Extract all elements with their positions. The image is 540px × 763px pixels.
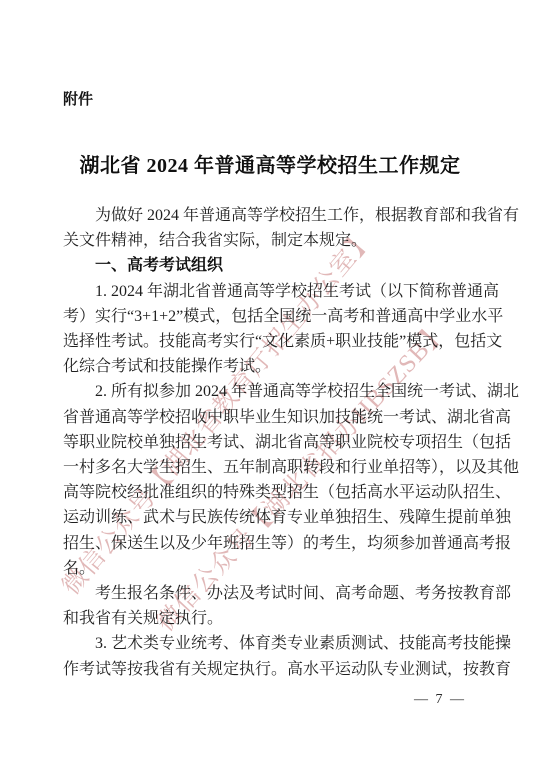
text-line: 招生、保送生以及少年班招生等）的考生，均须参加普通高考报 — [63, 531, 479, 556]
document-title: 湖北省 2024 年普通高等学校招生工作规定 — [0, 149, 540, 178]
text-line: 一村多名大学生招生、五年制高职转段和行业单招等），以及其他 — [63, 455, 479, 480]
document-page: 微信公众号【湖北省教育厅招生办公室】 微信公众号【湖北省招办HBSZSB】 附件… — [0, 0, 540, 763]
page-number: — 7 — — [414, 692, 466, 708]
text-line: 为做好 2024 年普通高等学校招生工作，根据教育部和我省有 — [63, 203, 479, 228]
text-line: 等职业院校单独招生考试、湖北省高等职业院校专项招生（包括 — [63, 430, 479, 455]
text-line: 高等院校经批准组织的特殊类型招生（包括高水平运动队招生、 — [63, 480, 479, 505]
text-line: 3. 艺术类专业统考、体育类专业素质测试、技能高考技能操 — [63, 631, 479, 656]
text-line: 和我省有关规定执行。 — [63, 606, 479, 631]
text-line: 运动训练、武术与民族传统体育专业单独招生、残障生提前单独 — [63, 505, 479, 530]
text-line: 关文件精神，结合我省实际，制定本规定。 — [63, 228, 479, 253]
attachment-label: 附件 — [63, 88, 93, 109]
section-heading: 一、高考考试组织 — [63, 253, 479, 278]
text-line: 省普通高等学校招收中职毕业生知识加技能统一考试、湖北省高 — [63, 405, 479, 430]
text-line: 2. 所有拟参加 2024 年普通高等学校招生全国统一考试、湖北 — [63, 379, 479, 404]
text-line: 选择性考试。技能高考实行“文化素质+职业技能”模式，包括文 — [63, 329, 479, 354]
text-line: 考）实行“3+1+2”模式，包括全国统一高考和普通高中学业水平 — [63, 304, 479, 329]
document-body: 为做好 2024 年普通高等学校招生工作，根据教育部和我省有 关文件精神，结合我… — [63, 203, 479, 682]
text-line: 1. 2024 年湖北省普通高等学校招生考试（以下简称普通高 — [63, 279, 479, 304]
text-line: 作考试等按我省有关规定执行。高水平运动队专业测试，按教育 — [63, 657, 479, 682]
text-line: 考生报名条件、办法及考试时间、高考命题、考务按教育部 — [63, 581, 479, 606]
text-line: 名。 — [63, 556, 479, 581]
text-line: 化综合考试和技能操作考试。 — [63, 354, 479, 379]
